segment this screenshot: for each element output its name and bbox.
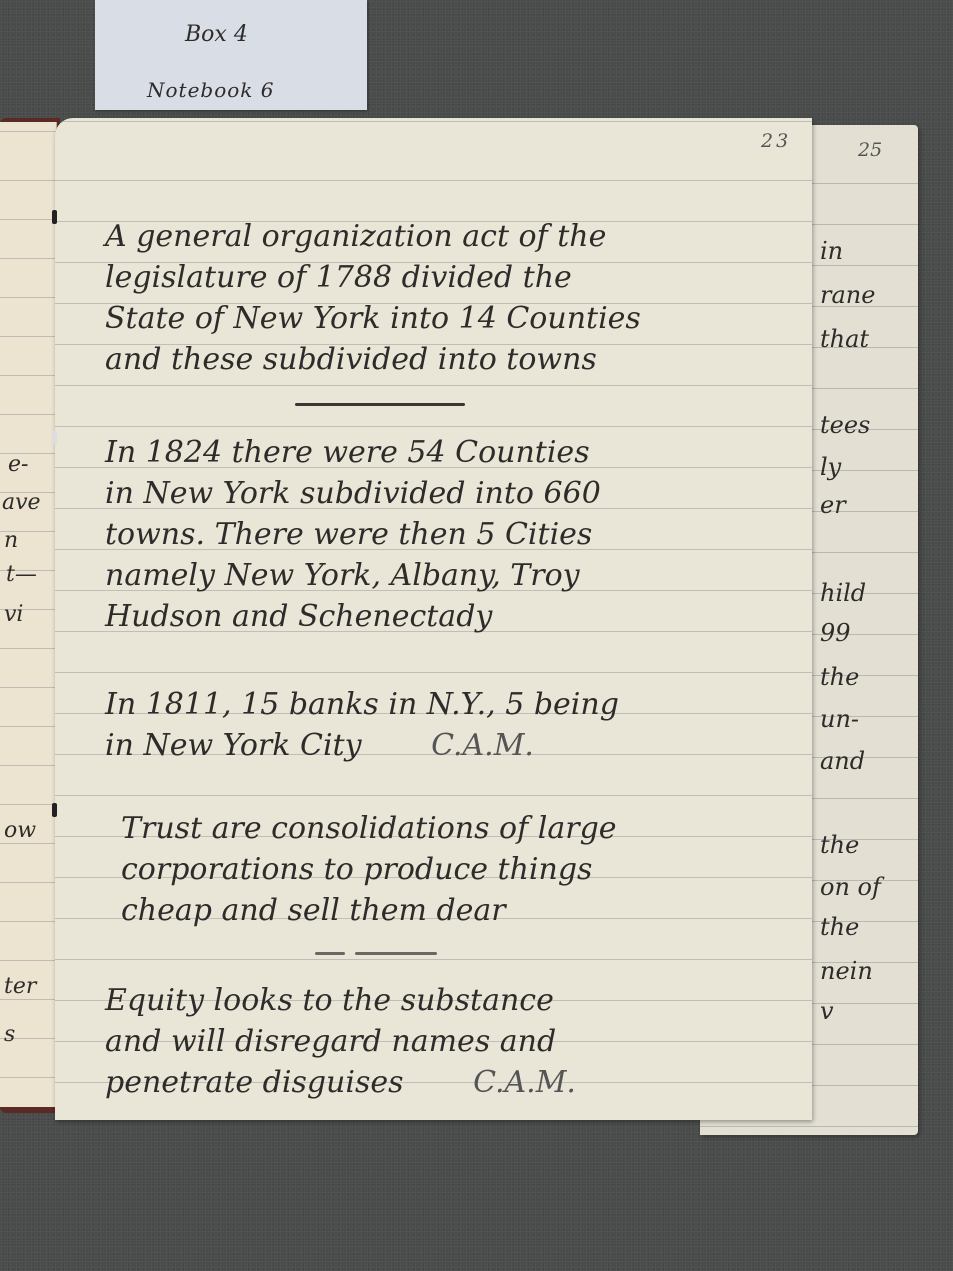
back-fragment: un- bbox=[820, 705, 859, 733]
entry-line: In 1811, 15 banks in N.Y., 5 being bbox=[105, 684, 805, 725]
back-fragment: that bbox=[820, 325, 869, 353]
entry-line: and these subdivided into towns bbox=[105, 339, 805, 380]
back-fragment: v bbox=[820, 997, 834, 1025]
entry-line: Equity looks to the substance bbox=[105, 980, 805, 1021]
page-number: 25 bbox=[858, 139, 882, 161]
back-fragment: the bbox=[820, 913, 859, 941]
slip-notebook-label: Notebook 6 bbox=[147, 78, 275, 102]
entry-line: penetrate disguises C.A.M. bbox=[105, 1062, 805, 1103]
left-fragment: ter bbox=[4, 974, 36, 999]
left-fragment: ave bbox=[2, 490, 41, 515]
left-page: e- ave n t— vi ow ter s bbox=[0, 122, 57, 1107]
entry-line: legislature of 1788 divided the bbox=[105, 257, 805, 298]
left-fragment: t— bbox=[6, 562, 37, 587]
back-fragment: the bbox=[820, 663, 859, 691]
signature-initials: C.A.M. bbox=[473, 1062, 576, 1103]
back-fragment: er bbox=[820, 491, 846, 519]
entry-line: and will disregard names and bbox=[105, 1021, 805, 1062]
signature-initials: C.A.M. bbox=[431, 725, 534, 766]
entry-line: corporations to produce things bbox=[121, 849, 821, 890]
entry-text: penetrate disguises bbox=[105, 1065, 404, 1100]
entry-equity: Equity looks to the substance and will d… bbox=[105, 980, 805, 1103]
main-page: 23 A general organization act of the leg… bbox=[55, 118, 812, 1120]
binding-stitch bbox=[52, 803, 57, 817]
section-divider bbox=[355, 952, 437, 955]
entry-line: towns. There were then 5 Cities bbox=[105, 514, 805, 555]
left-fragment: s bbox=[4, 1022, 15, 1047]
entry-line: State of New York into 14 Counties bbox=[105, 298, 805, 339]
entry-line: In 1824 there were 54 Counties bbox=[105, 432, 805, 473]
binding-stitch bbox=[52, 430, 57, 444]
entry-ny-counties-1824: In 1824 there were 54 Counties in New Yo… bbox=[105, 432, 805, 637]
left-fragment: e- bbox=[8, 452, 28, 477]
back-fragment: 99 bbox=[820, 619, 851, 647]
back-fragment: rane bbox=[820, 281, 875, 309]
back-fragment: the bbox=[820, 831, 859, 859]
archive-slip: Box 4 Notebook 6 bbox=[95, 0, 367, 110]
back-fragment: nein bbox=[820, 957, 873, 985]
entry-ny-counties-1788: A general organization act of the legisl… bbox=[105, 216, 805, 380]
back-fragment: and bbox=[820, 747, 865, 775]
entry-text: in New York City bbox=[105, 728, 362, 763]
back-fragment: on of bbox=[820, 873, 881, 901]
entry-line: cheap and sell them dear bbox=[121, 890, 821, 931]
binding-stitch bbox=[52, 210, 57, 224]
entry-line: Trust are consolidations of large bbox=[121, 808, 821, 849]
section-divider bbox=[315, 952, 345, 955]
left-fragment: n bbox=[4, 528, 18, 553]
entry-ny-banks-1811: In 1811, 15 banks in N.Y., 5 being in Ne… bbox=[105, 684, 805, 766]
back-fragment: ly bbox=[820, 453, 841, 481]
back-fragment: in bbox=[820, 237, 843, 265]
slip-box-label: Box 4 bbox=[185, 22, 248, 47]
entry-line: in New York subdivided into 660 bbox=[105, 473, 805, 514]
entry-line: Hudson and Schenectady bbox=[105, 596, 805, 637]
back-fragment: hild bbox=[820, 579, 866, 607]
back-fragment: tees bbox=[820, 411, 870, 439]
entry-line: A general organization act of the bbox=[105, 216, 805, 257]
left-fragment: ow bbox=[4, 818, 36, 843]
page-number: 23 bbox=[761, 130, 791, 152]
section-divider bbox=[295, 403, 465, 406]
entry-line: in New York City C.A.M. bbox=[105, 725, 805, 766]
entry-trusts: Trust are consolidations of large corpor… bbox=[121, 808, 821, 931]
left-fragment: vi bbox=[4, 602, 23, 627]
entry-line: namely New York, Albany, Troy bbox=[105, 555, 805, 596]
